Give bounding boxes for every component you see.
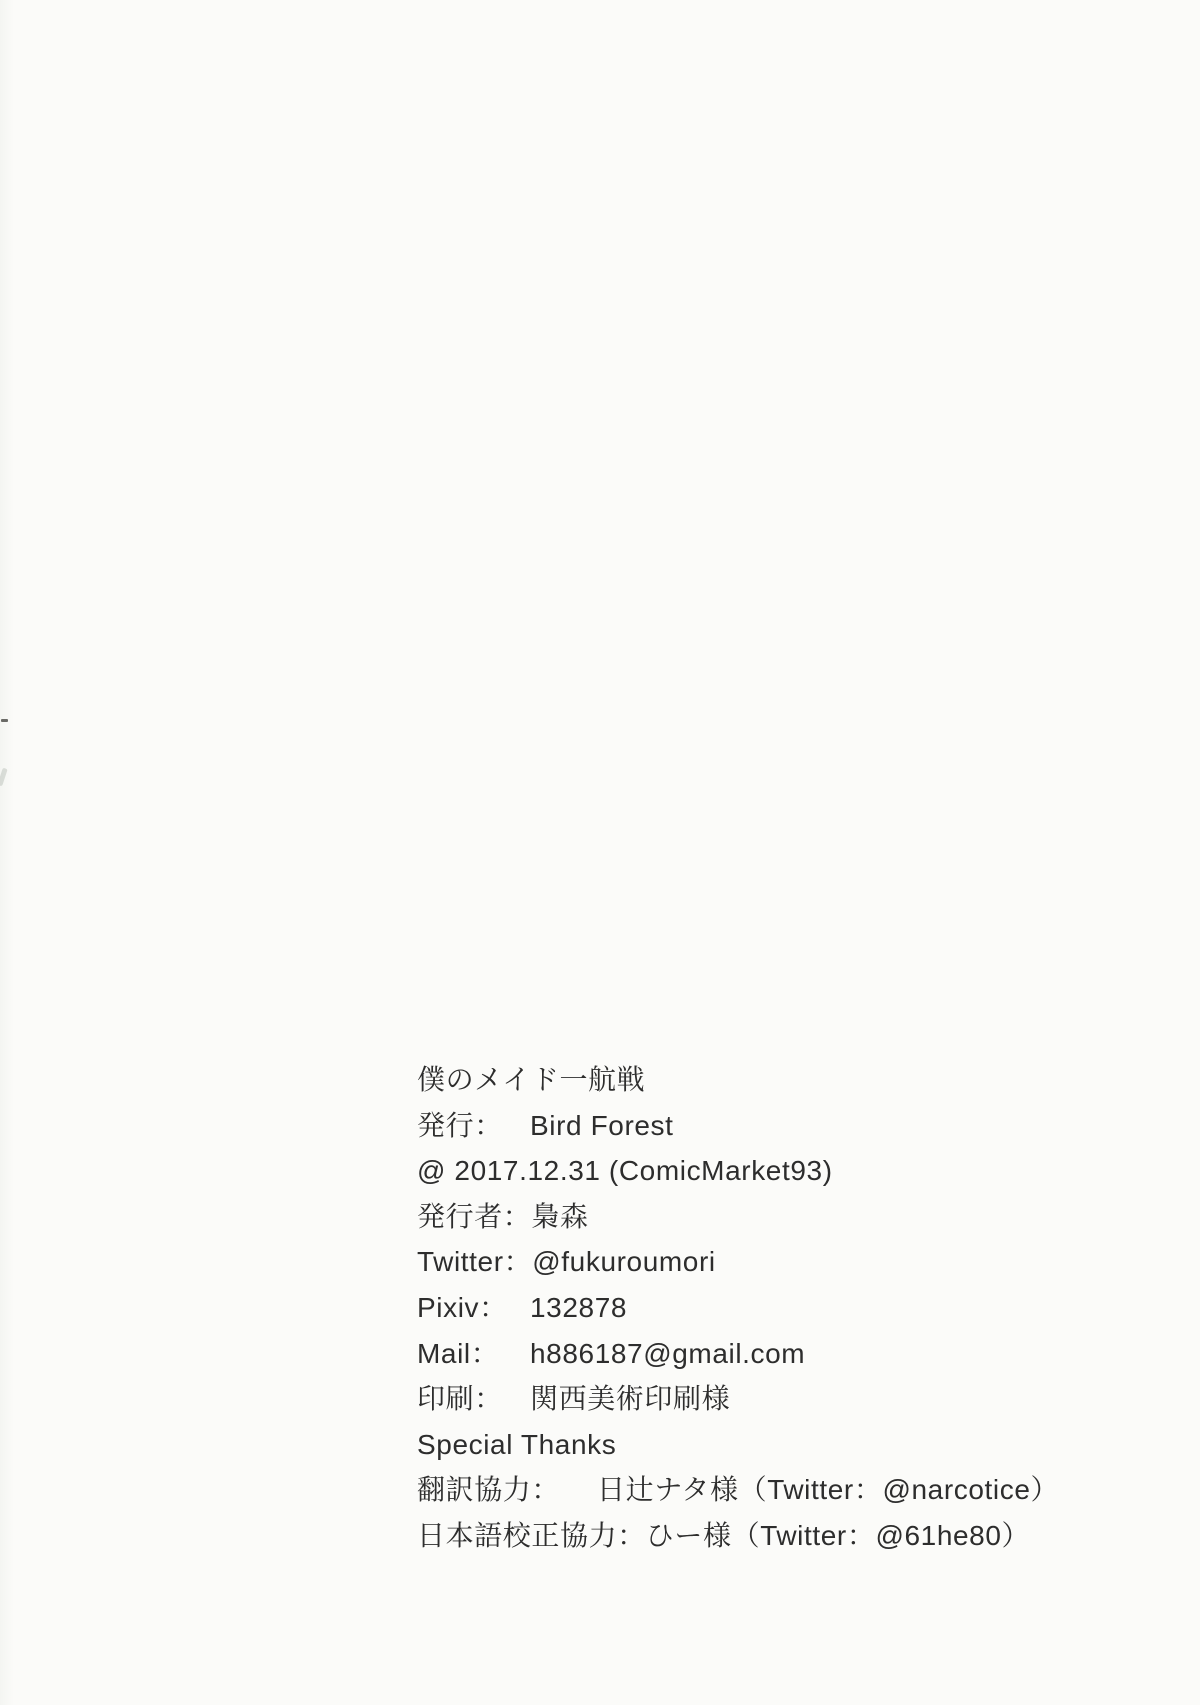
pixiv-label: Pixiv： [417, 1285, 530, 1331]
scanned-page: 僕のメイド一航戦 発行： Bird Forest @ 2017.12.31 (C… [0, 0, 1200, 1705]
author-value: 梟森 [531, 1194, 588, 1240]
author-row: 発行者： 梟森 [417, 1194, 1117, 1240]
printer-label: 印刷： [417, 1376, 530, 1422]
author-label: 発行者： [417, 1194, 531, 1240]
pixiv-row: Pixiv： 132878 [417, 1285, 1117, 1331]
pixiv-id: 132878 [530, 1285, 627, 1331]
twitter-label: Twitter： [417, 1239, 532, 1285]
mail-label: Mail： [417, 1331, 530, 1377]
publisher-row: 発行： Bird Forest [417, 1103, 1117, 1149]
publisher-label: 発行： [417, 1103, 530, 1149]
translation-value: 日辻ナタ様（Twitter：@narcotice） [597, 1467, 1059, 1513]
scan-dust-speck [1, 719, 8, 722]
printer-row: 印刷： 関西美術印刷様 [417, 1376, 1117, 1422]
doujin-title: 僕のメイド一航戦 [417, 1057, 1117, 1103]
scan-edge-artifact [0, 768, 8, 787]
mail-row: Mail： h886187@gmail.com [417, 1331, 1117, 1377]
twitter-handle: @fukuroumori [532, 1239, 715, 1285]
twitter-row: Twitter： @fukuroumori [417, 1239, 1117, 1285]
date-event-row: @ 2017.12.31 (ComicMarket93) [417, 1148, 1117, 1194]
translation-credit-row: 翻訳協力： 日辻ナタ様（Twitter：@narcotice） [417, 1467, 1117, 1513]
proofreading-credit-row: 日本語校正協力：ひー様（Twitter：@61he80） [417, 1513, 1117, 1559]
colophon-block: 僕のメイド一航戦 発行： Bird Forest @ 2017.12.31 (C… [417, 1057, 1117, 1559]
printer-value: 関西美術印刷様 [530, 1376, 730, 1422]
special-thanks-heading: Special Thanks [417, 1422, 1117, 1468]
translation-label: 翻訳協力： [417, 1467, 597, 1513]
publisher-value: Bird Forest [530, 1103, 674, 1149]
mail-address: h886187@gmail.com [530, 1331, 805, 1377]
